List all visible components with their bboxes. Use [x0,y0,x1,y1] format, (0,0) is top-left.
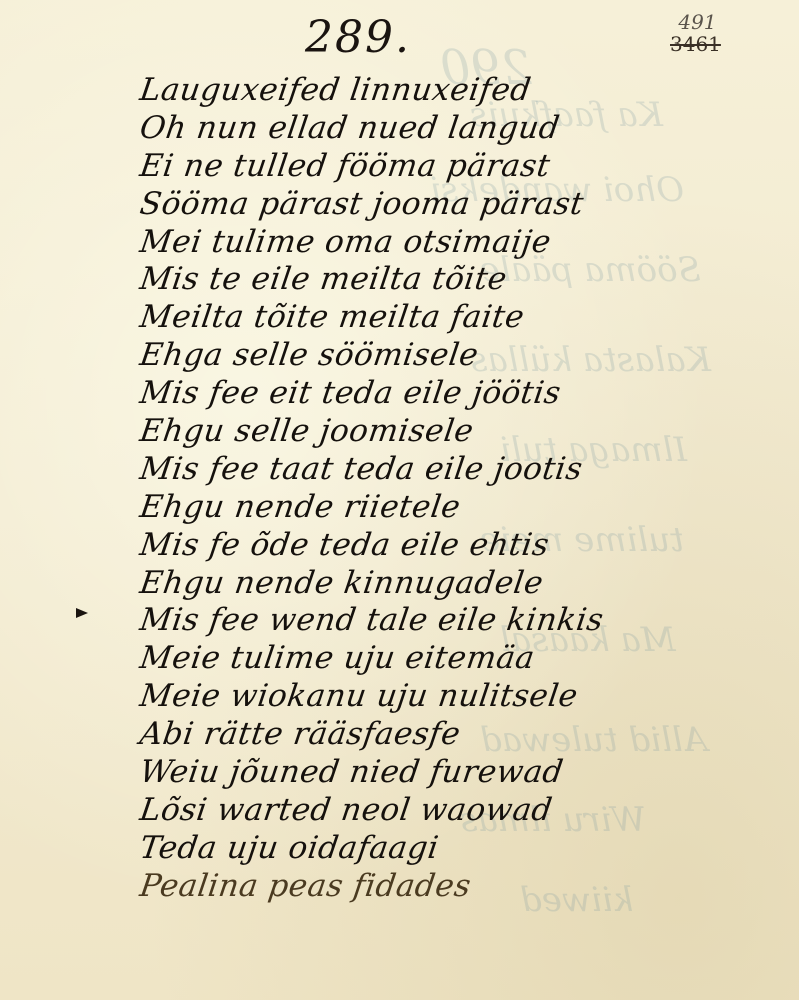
poem-line: Meie tulime uju eitemäa [137,640,762,678]
margin-arrow-icon [76,608,88,618]
poem-line: Weiu jõuned nied furewad [137,754,762,792]
poem-line: Ehga selle söömisele [137,337,762,375]
poem-line: Ehgu nende kinnugadele [137,565,762,603]
poem-line: Oh nun ellad nued langud [137,110,762,148]
poem-line: Ei ne tulled fööma pärast [137,148,762,186]
poem-line: Mis fee wend tale eile kinkis [137,602,762,640]
poem-line: Ehgu nende riietele [137,489,762,527]
page-number: 289. [305,12,411,63]
poem-line: Ehgu selle joomisele [137,413,762,451]
poem-line: Lauguxeifed linnuxeifed [137,72,762,110]
manuscript-page: 290 Ka faafkuis Ohoi wandeksi Sööma pääl… [0,0,799,1000]
poem-line: Mei tulime oma otsimaije [137,224,762,262]
poem-line: Söömа pärast jooma pärast [137,186,762,224]
poem-line: Teda uju oidafaagi [137,830,762,868]
poem-text: Lauguxeifed linnuxeifed Oh nun ellad nue… [140,72,760,906]
poem-line: Mis fee eit teda eile jöötis [137,375,762,413]
archive-number-struck: 3461 [670,34,721,54]
poem-line: Abi rätte rääsfaesfe [137,716,762,754]
poem-line: Pealina peas fidades [137,868,762,906]
poem-line: Mis fee taat teda eile jootis [137,451,762,489]
poem-line: Lõsi warted neol waowad [137,792,762,830]
archive-number: 491 3461 [670,12,721,54]
poem-line: Mis fe õde teda eile ehtis [137,527,762,565]
archive-number-current: 491 [674,12,721,32]
poem-line: Meie wiokanu uju nulitsele [137,678,762,716]
poem-line: Meilta tõite meilta faite [137,299,762,337]
poem-line: Mis te eile meilta tõite [137,261,762,299]
